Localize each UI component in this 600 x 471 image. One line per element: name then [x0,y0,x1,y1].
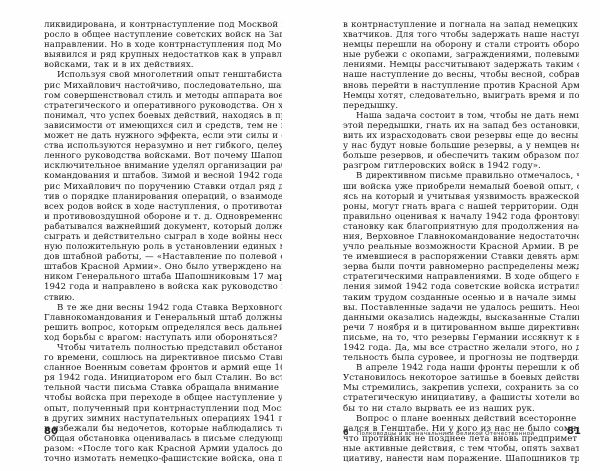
text-line: вить их израсходовать свои резервы еще д… [343,131,579,141]
page-number-right: 81 [567,426,581,437]
text-line: ясь на который и учитывая уязвимость вра… [343,192,579,202]
text-line: письме, на то, что резервы Германии исся… [343,333,579,343]
text-line: сланное Военным советам фронтов и армий … [44,363,282,373]
text-line: учло реальные возможности Красной Армии.… [343,242,579,252]
text-line: становку как благоприятную для продолжен… [343,222,579,232]
text-line: 1942 года. Да, мы все страстно желали эт… [343,343,579,353]
text-line: те имевшиеся в распоряжении Ставки девят… [343,252,579,262]
right-page: в контрнаступление и погнала на запад не… [300,0,600,471]
text-line: понимал, что успех боевых действий, нахо… [44,111,282,121]
text-line: таким трудом созданные осенью и в начале… [343,293,579,303]
left-page: ликвидирована, и контрнаступление под Мо… [0,0,300,471]
text-line: циативу, нанести нам поражение. Шапошник… [343,454,579,464]
text-line: Используя свой многолетний опыт генштаби… [44,70,282,80]
signature-title: Полководцы и военачальники Великой Отече… [357,431,534,437]
text-line: штабов Красной Армии». Оно было утвержде… [44,262,282,272]
text-line: рис Михайлович по поручению Ставки отдал… [44,182,282,192]
text-line: передышку. [343,101,579,111]
text-line: у нас будут новые большие резервы, а у н… [343,141,579,151]
page-number-left: 80 [44,426,58,437]
text-line: ния, Верховное Главнокомандование недост… [343,232,579,242]
text-line: зависимости от имеющихся сил и средств, … [44,121,282,131]
text-line: Мы стремились, закрепив успехи, сохранит… [343,383,579,393]
text-line: правильно оценивая к началу 1942 года фр… [343,212,579,222]
right-page-text: в контрнаступление и погнала на запад не… [343,20,579,464]
text-line: рабатывался важнейший документ, который … [44,222,282,232]
text-line: этой передышки, гнать их на запад без ос… [343,121,579,131]
text-line: выявился и ряд крупных недостатков как в… [44,50,282,60]
text-line: рис Михайлович настойчиво, последователь… [44,81,282,91]
text-line: сыграть и действительно сыграл в ходе во… [44,232,282,242]
text-line: командования и штабов. Зимой и весной 19… [44,171,282,181]
text-line: и противовоздушной обороне и т. д. Однов… [44,212,282,222]
text-line: ства используются неразумно и нет гибког… [44,141,282,151]
text-line: Установилось некоторое затишье в боевых … [343,373,579,383]
text-line: В директивном письме правильно отмечалос… [343,171,579,181]
text-line: ствию. [44,293,282,303]
signature-mark: 6 [343,428,349,437]
text-line: тив о порядке планирования операций, о в… [44,192,282,202]
text-line: разгром гитлеровских войск в 1942 году». [343,161,579,171]
text-line: вы. Поставленные задачи не удалось решит… [343,303,579,313]
left-page-text: ликвидирована, и контрнаступление под Мо… [44,20,282,464]
text-line: тельность была суровее, и прогнозы не по… [343,353,579,363]
text-line: ход борьбы с врагом: наступать или оборо… [44,333,282,343]
text-line: лениями. Немцы рассчитывают задержать та… [343,60,579,70]
text-line: ря 1942 года. Инициатором его был Сталин… [44,373,282,383]
text-line: ликвидирована, и контрнаступление под Мо… [44,20,282,30]
text-line: ши войска уже приобрели немалый боевой о… [343,182,579,192]
text-line: точно измотать немецко-фашистские войска… [44,454,282,464]
text-line: опыт, полученный при контрнаступлении по… [44,404,282,414]
text-line: Общая обстановка оценивалась в письме сл… [44,434,282,444]
text-line: может не дать нужного эффекта, если эти … [44,131,282,141]
text-line: Вопрос о плане военных действий всесторо… [343,414,579,424]
text-line: Чтобы читатель полностью представил обст… [44,343,282,353]
text-line: наше наступление до весны, чтобы весной,… [343,70,579,80]
text-line: чтобы войска при переходе в общее наступ… [44,393,282,403]
text-line: ные активные действия, с тем чтобы, опят… [343,444,579,454]
text-line: стратегическую инициативу, а фашисты хот… [343,393,579,403]
text-line: исключительное внимание уделял организац… [44,161,282,171]
text-line: в контрнаступление и погнала на запад не… [343,20,579,30]
text-line: Наша задача состоит в том, чтобы не дать… [343,111,579,121]
text-line: больше резервов, и обеспечить таким обра… [343,151,579,161]
text-line: направлении. Но в ходе контрнаступления … [44,40,282,50]
text-line: Главнокомандования и Генеральный штаб до… [44,313,282,323]
text-line: вновь перейти в наступление против Красн… [343,81,579,91]
text-line: В апреле 1942 года наши фронты перешли к… [343,363,579,373]
text-line: В те же дни весны 1942 года Ставка Верхо… [44,303,282,313]
text-line: зерва были почти равномерно распределены… [343,262,579,272]
text-line: хватчиков. Для того чтобы задержать наше… [343,30,579,40]
text-line: ления зимой 1942 года советские войска и… [343,282,579,292]
text-line: данными оказались надежды, высказанные С… [343,313,579,323]
text-line: ником Генерального штаба Шапошниковым 17… [44,272,282,282]
text-line: ную положительную роль в установлении ед… [44,242,282,252]
text-line: бы то ни стало вырвать ее из наших рук. [343,404,579,414]
text-line: Немцы хотят, следовательно, выиграть вре… [343,91,579,101]
text-line: тельной части письма Ставка обращала вни… [44,383,282,393]
text-line: разом: «После того как Красной Армии уда… [44,444,282,454]
text-line: ленного руководства войсками. Вот почему… [44,151,282,161]
text-line: роны, могут гнать врага с нашей территор… [343,202,579,212]
text-line: дов штабной работы, — «Наставление по по… [44,252,282,262]
text-line: в других зимних наступательных операциях… [44,414,282,424]
text-line: решить вопрос, которым определялся весь … [44,323,282,333]
text-line: гом совершенствовал стиль и методы аппар… [44,91,282,101]
text-line: го времени, сошлюсь на директивное письм… [44,353,282,363]
text-line: стратегическими направлениями. В ходе об… [343,272,579,282]
text-line: росло в общее наступление советских войс… [44,30,282,40]
text-line: стратегического и оперативного руководст… [44,101,282,111]
text-line: немцы перешли на оборону и стали строить… [343,40,579,50]
text-line: войсками, так и в их действиях. [44,60,282,70]
text-line: и избежали бы недочетов, которые наблюда… [44,424,282,434]
printer-signature-footer: 6 Полководцы и военачальники Великой Оте… [343,428,534,437]
text-line: речи 7 ноября и в цитированном выше дире… [343,323,579,333]
text-line: 1942 года и направлено в войска как руко… [44,282,282,292]
text-line: всех родов войск в ходе наступления, о п… [44,202,282,212]
text-line: ные рубежи с окопами, заграждениями, пол… [343,50,579,60]
